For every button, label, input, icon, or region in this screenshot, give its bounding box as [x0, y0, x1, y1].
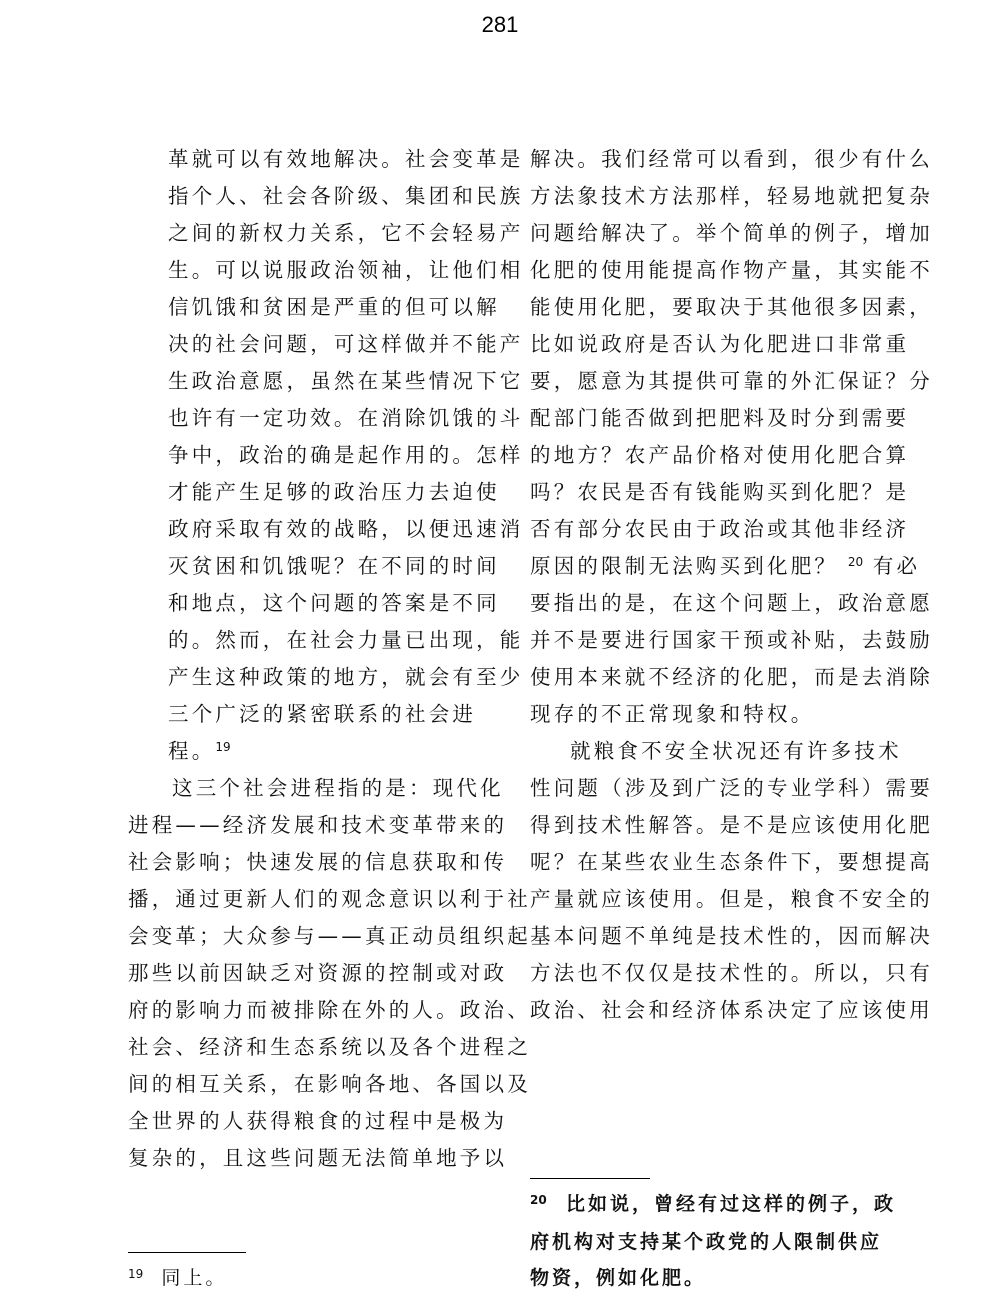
text-line: 问题给解决了。举个简单的例子，增加: [530, 221, 933, 245]
text-line: 进程——经济发展和技术变革带来的: [128, 813, 507, 837]
footnote-number: 20: [530, 1193, 547, 1207]
text-line: 方法象技术方法那样，轻易地就把复杂: [530, 184, 933, 208]
text-line: 现存的不正常现象和特权。: [530, 702, 814, 726]
text-line: 基本问题不单纯是技术性的，因而解决: [530, 924, 933, 948]
text-span: 原因的限制无法购买到化肥？: [530, 554, 838, 578]
text-line: 府的影响力而被排除在外的人。政治、: [128, 998, 531, 1022]
text-line: 复杂的，且这些问题无法简单地予以: [128, 1146, 507, 1170]
text-line: 的。然而，在社会力量已出现，能: [168, 628, 524, 652]
footnote-20-line: 物资，例如化肥。: [530, 1266, 706, 1290]
text-line: 那些以前因缺乏对资源的控制或对政: [128, 961, 507, 985]
text-span: 有必: [873, 554, 920, 578]
text-line: 生政治意愿，虽然在某些情况下它: [168, 369, 524, 393]
text-line: 决的社会问题，可这样做并不能产: [168, 332, 524, 356]
text-line: 程。19: [168, 739, 231, 763]
text-line: 比如说政府是否认为化肥进口非常重: [530, 332, 909, 356]
text-line: 就粮食不安全状况还有许多技术: [570, 739, 902, 763]
footnote-divider: [530, 1178, 650, 1179]
text-line: 否有部分农民由于政治或其他非经济: [530, 517, 909, 541]
text-line: 指个人、社会各阶级、集团和民族: [168, 184, 524, 208]
text-line: 吗？农民是否有钱能购买到化肥？是: [530, 480, 909, 504]
text-line: 的地方？农产品价格对使用化肥合算: [530, 443, 909, 467]
text-line: 产生这种政策的地方，就会有至少: [168, 665, 524, 689]
text-line: 灭贫困和饥饿呢？在不同的时间: [168, 554, 500, 578]
text-line: 使用本来就不经济的化肥，而是去消除: [530, 665, 933, 689]
footnote-number: 19: [128, 1267, 143, 1281]
text-line: 革就可以有效地解决。社会变革是: [168, 147, 524, 171]
text-line: 生。可以说服政治领袖，让他们相: [168, 258, 524, 282]
text-span: 程。: [168, 739, 215, 763]
text-line: 呢？在某些农业生态条件下，要想提高: [530, 850, 933, 874]
text-line: 三个广泛的紧密联系的社会进: [168, 702, 476, 726]
text-line: 全世界的人获得粮食的过程中是极为: [128, 1109, 507, 1133]
text-line: 这三个社会进程指的是：现代化: [172, 776, 504, 800]
text-line: 产量就应该使用。但是，粮食不安全的: [530, 887, 933, 911]
text-line: 化肥的使用能提高作物产量，其实能不: [530, 258, 933, 282]
footnote-19: 19 同上。: [128, 1266, 227, 1290]
footnote-20-line: 府机构对支持某个政党的人限制供应: [530, 1230, 882, 1254]
text-line: 社会、经济和生态系统以及各个进程之: [128, 1035, 531, 1059]
text-line: 要指出的是，在这个问题上，政治意愿: [530, 591, 933, 615]
text-line: 要，愿意为其提供可靠的外汇保证？分: [530, 369, 933, 393]
footnote-ref[interactable]: 19: [215, 740, 230, 754]
text-line: 解决。我们经常可以看到，很少有什么: [530, 147, 933, 171]
text-line: 方法也不仅仅是技术性的。所以，只有: [530, 961, 933, 985]
text-line: 性问题（涉及到广泛的专业学科）需要: [530, 776, 933, 800]
text-line: 之间的新权力关系，它不会轻易产: [168, 221, 524, 245]
text-line: 社会影响；快速发展的信息获取和传: [128, 850, 507, 874]
page-number: 281: [0, 12, 1000, 38]
text-line: 得到技术性解答。是不是应该使用化肥: [530, 813, 933, 837]
text-line: 能使用化肥，要取决于其他很多因素，: [530, 295, 933, 319]
text-line: 政治、社会和经济体系决定了应该使用: [530, 998, 933, 1022]
text-line: 会变革；大众参与——真正动员组织起: [128, 924, 531, 948]
text-line: 政府采取有效的战略，以便迅速消: [168, 517, 524, 541]
text-line: 争中，政治的确是起作用的。怎样: [168, 443, 524, 467]
text-line: 才能产生足够的政治压力去迫使: [168, 480, 500, 504]
text-line: 配部门能否做到把肥料及时分到需要: [530, 406, 909, 430]
text-line: 并不是要进行国家干预或补贴，去鼓励: [530, 628, 933, 652]
footnote-divider: [128, 1252, 246, 1253]
text-line: 原因的限制无法购买到化肥？ 20 有必: [530, 554, 920, 578]
text-line: 和地点，这个问题的答案是不同: [168, 591, 500, 615]
text-line: 也许有一定功效。在消除饥饿的斗: [168, 406, 524, 430]
footnote-ref[interactable]: 20: [848, 555, 863, 569]
footnote-text: 比如说，曾经有过这样的例子，政: [566, 1193, 896, 1215]
text-line: 播，通过更新人们的观念意识以利于社: [128, 887, 531, 911]
footnote-20: 20 比如说，曾经有过这样的例子，政: [530, 1192, 896, 1216]
footnote-text: 同上。: [161, 1267, 227, 1289]
text-line: 信饥饿和贫困是严重的但可以解: [168, 295, 500, 319]
text-line: 间的相互关系，在影响各地、各国以及: [128, 1072, 531, 1096]
